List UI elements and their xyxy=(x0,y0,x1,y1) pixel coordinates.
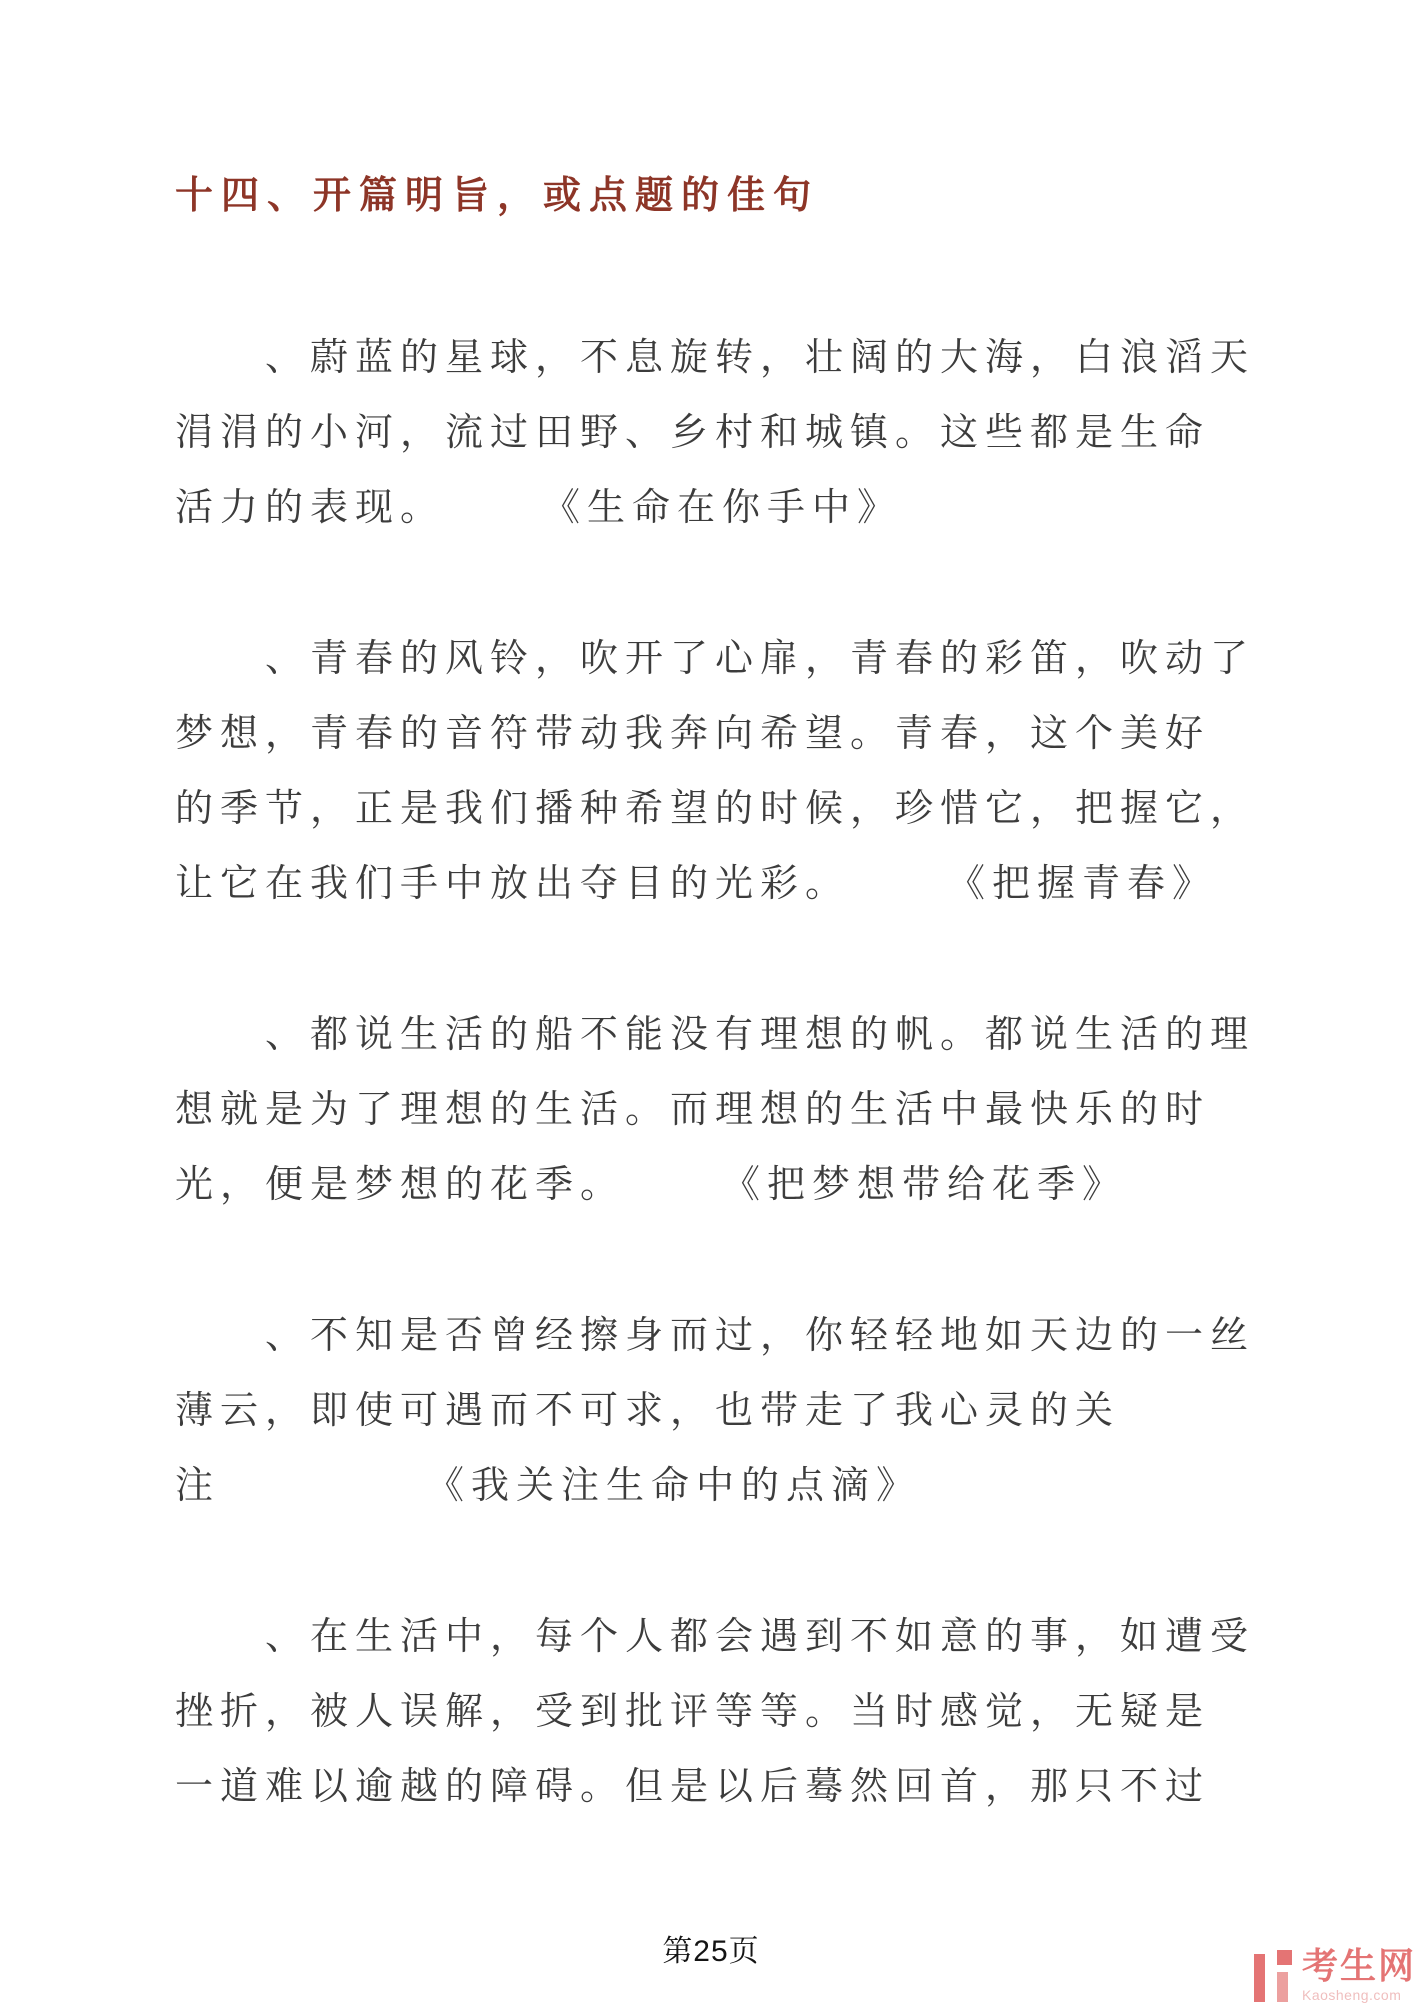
paragraph: 、青春的风铃，吹开了心扉，青春的彩笛，吹动了梦想，青春的音符带动我奔向希望。青春… xyxy=(175,621,1282,921)
watermark-site-name: 考生网 xyxy=(1302,1948,1416,1984)
body-text: 、蔚蓝的星球，不息旋转，壮阔的大海，白浪滔天涓涓的小河，流过田野、乡村和城镇。这… xyxy=(175,320,1282,1900)
paragraph: 、不知是否曾经擦身而过，你轻轻地如天边的一丝薄云，即使可遇而不可求，也带走了我心… xyxy=(175,1298,1282,1523)
page-number: 第25页 xyxy=(662,1935,759,1968)
text-line: 光，便是梦想的花季。 《把梦想带给花季》 xyxy=(175,1147,1282,1222)
paragraph: 、都说生活的船不能没有理想的帆。都说生活的理想就是为了理想的生活。而理想的生活中… xyxy=(175,997,1282,1222)
text-line: 、都说生活的船不能没有理想的帆。都说生活的理 xyxy=(175,997,1282,1072)
document-page: 十四、开篇明旨，或点题的佳句 、蔚蓝的星球，不息旋转，壮阔的大海，白浪滔天涓涓的… xyxy=(0,0,1422,2014)
text-line: 活力的表现。 《生命在你手中》 xyxy=(175,470,1282,545)
text-line: 挫折，被人误解，受到批评等等。当时感觉，无疑是 xyxy=(175,1674,1282,1749)
text-line: 、在生活中，每个人都会遇到不如意的事，如遭受 xyxy=(175,1599,1282,1674)
watermark-domain: Kaosheng.com xyxy=(1302,1988,1416,2002)
text-line: 、不知是否曾经擦身而过，你轻轻地如天边的一丝 xyxy=(175,1298,1282,1373)
text-line: 涓涓的小河，流过田野、乡村和城镇。这些都是生命 xyxy=(175,395,1282,470)
watermark-text: 考生网 Kaosheng.com xyxy=(1302,1948,1416,2002)
kaosheng-watermark: 考生网 Kaosheng.com xyxy=(1252,1948,1416,2006)
text-line: 注 《我关注生命中的点滴》 xyxy=(175,1448,1282,1523)
text-line: 、青春的风铃，吹开了心扉，青春的彩笛，吹动了 xyxy=(175,621,1282,696)
text-line: 梦想，青春的音符带动我奔向希望。青春，这个美好 xyxy=(175,696,1282,771)
text-line: 想就是为了理想的生活。而理想的生活中最快乐的时 xyxy=(175,1072,1282,1147)
section-heading: 十四、开篇明旨，或点题的佳句 xyxy=(175,172,819,218)
kaosheng-logo-icon xyxy=(1252,1948,1294,2006)
paragraph: 、在生活中，每个人都会遇到不如意的事，如遭受挫折，被人误解，受到批评等等。当时感… xyxy=(175,1599,1282,1824)
text-line: 的季节，正是我们播种希望的时候，珍惜它，把握它， xyxy=(175,771,1282,846)
paragraph: 、蔚蓝的星球，不息旋转，壮阔的大海，白浪滔天涓涓的小河，流过田野、乡村和城镇。这… xyxy=(175,320,1282,545)
text-line: 、蔚蓝的星球，不息旋转，壮阔的大海，白浪滔天 xyxy=(175,320,1282,395)
page-footer: 第25页 xyxy=(0,1926,1422,1970)
text-line: 薄云，即使可遇而不可求，也带走了我心灵的关 xyxy=(175,1373,1282,1448)
text-line: 让它在我们手中放出夺目的光彩。 《把握青春》 xyxy=(175,846,1282,921)
text-line: 一道难以逾越的障碍。但是以后蓦然回首，那只不过 xyxy=(175,1749,1282,1824)
